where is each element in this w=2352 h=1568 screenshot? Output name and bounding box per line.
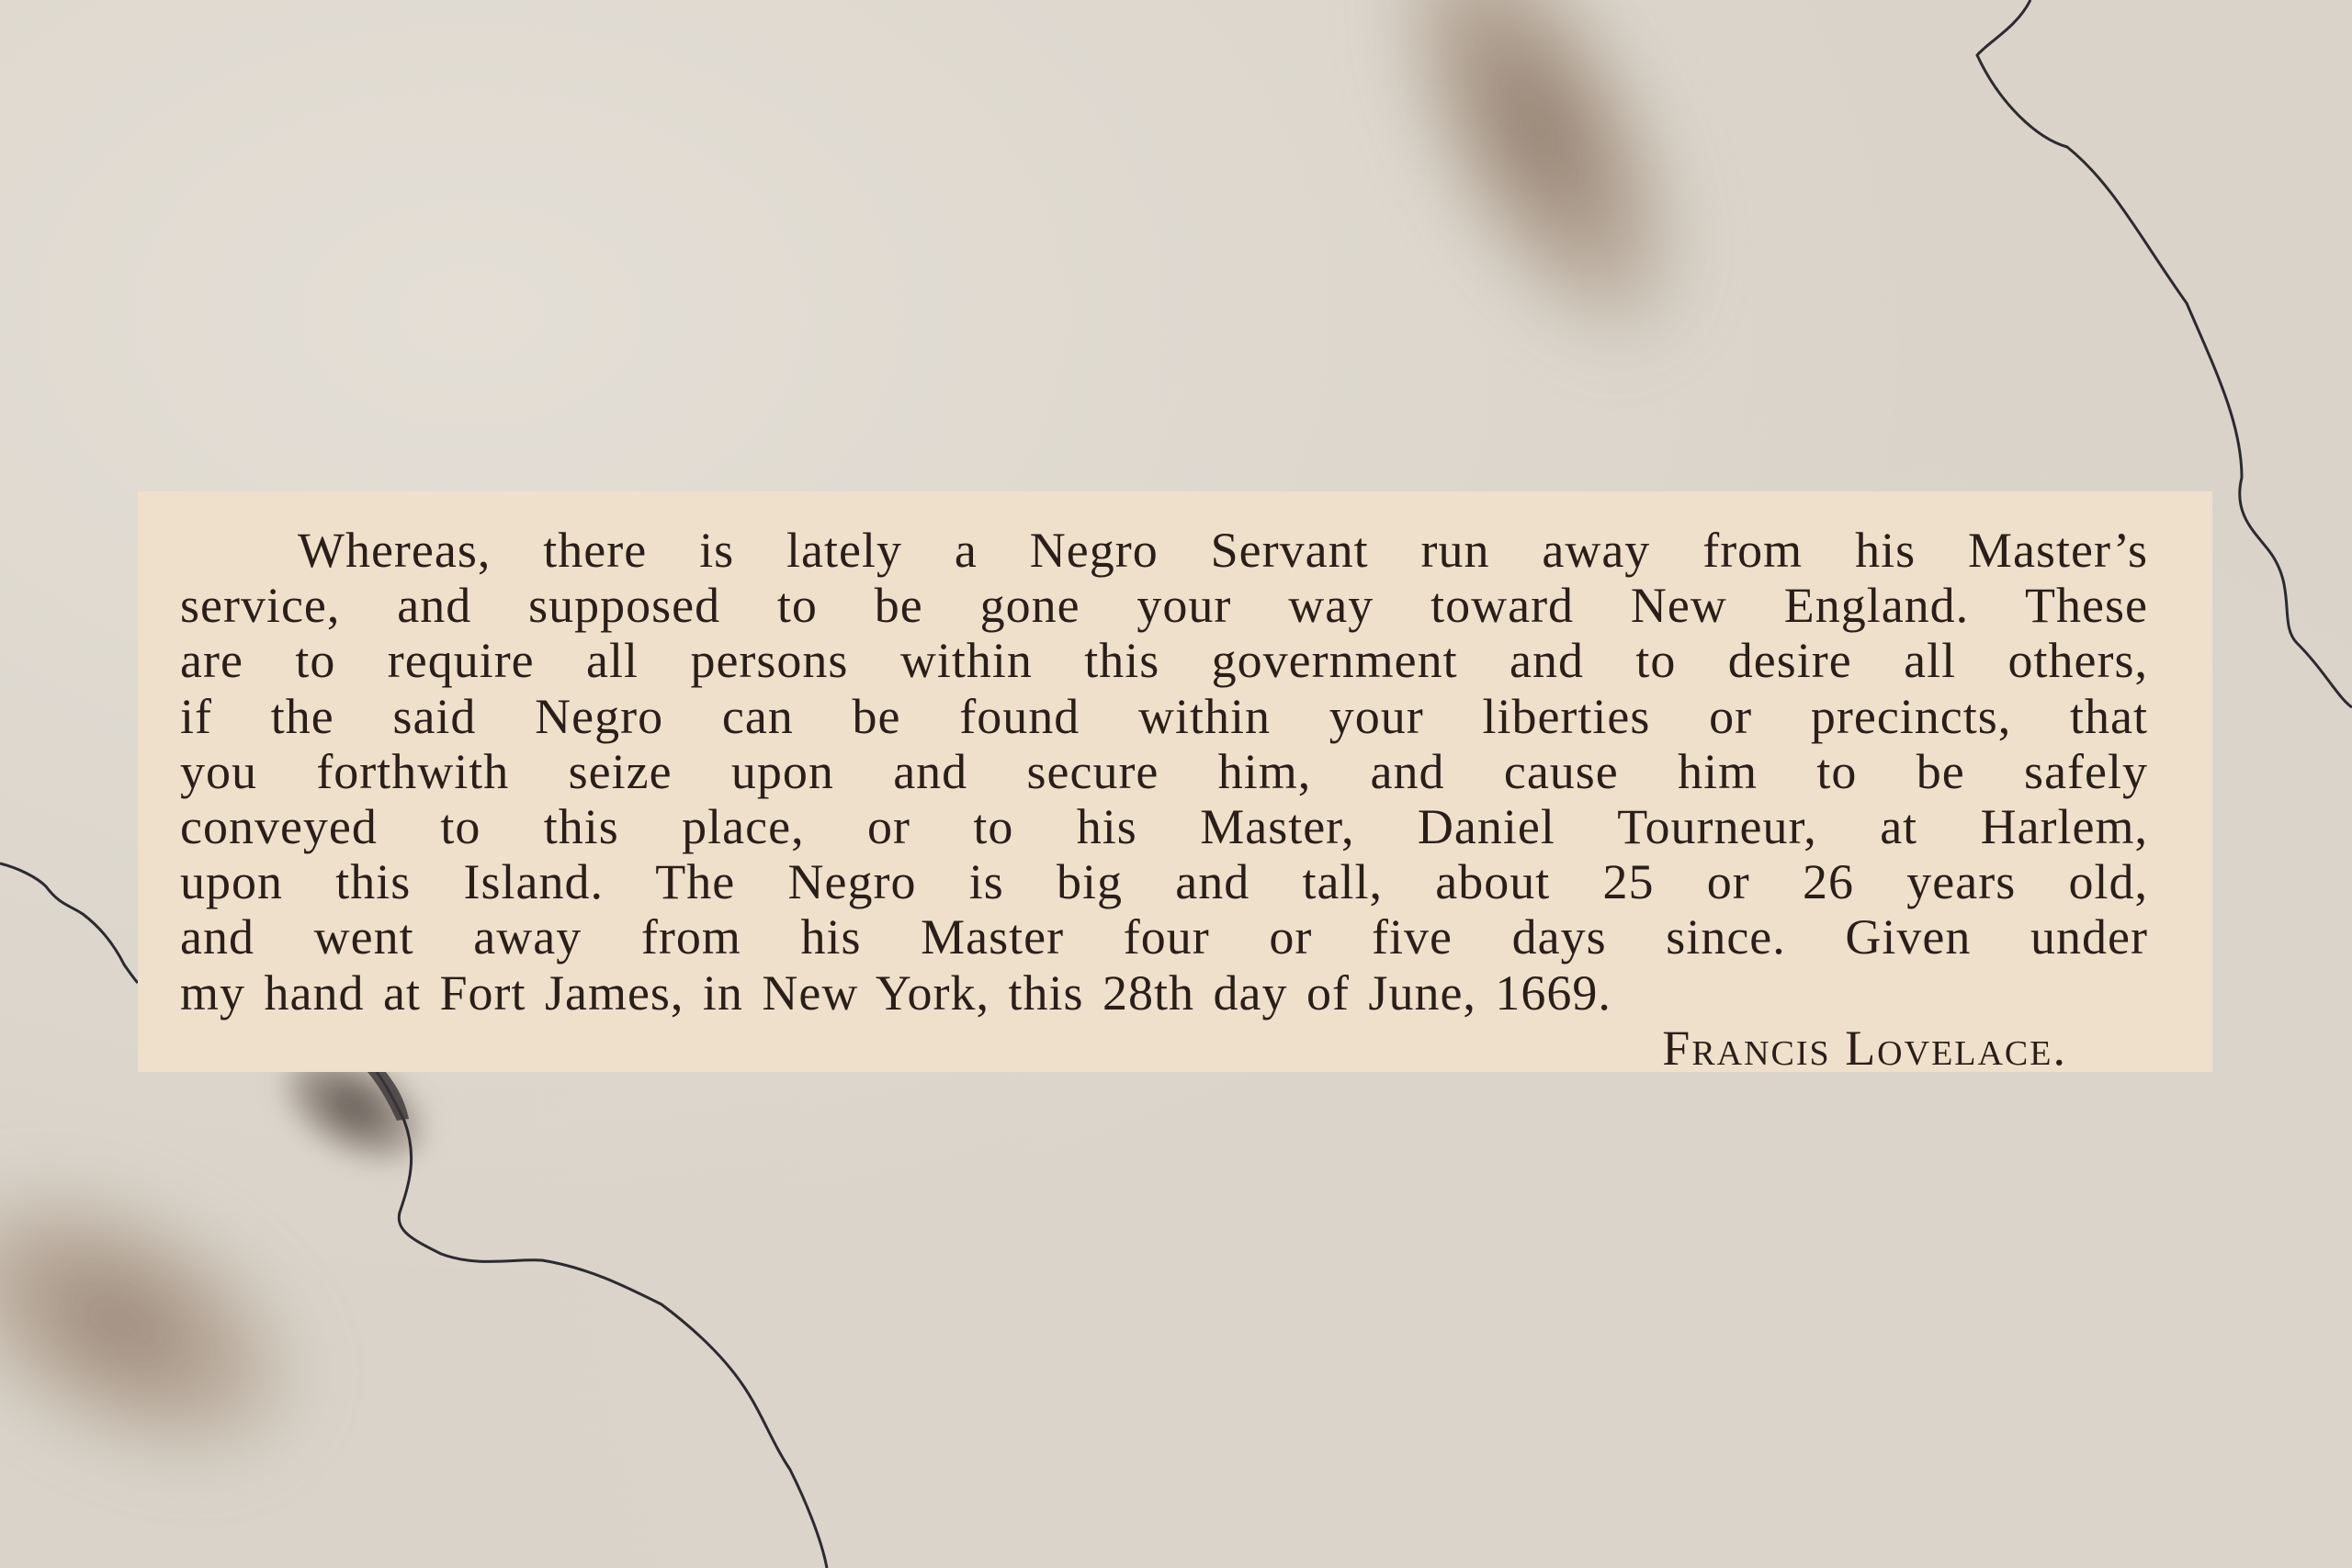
newspaper-clipping: Whereas, there is lately a Negro Servant… [138,491,2212,1072]
signature: Francis Lovelace. [180,1021,2148,1076]
text-line-5: you forthwith seize upon and secure him,… [180,744,2148,799]
text-line-3: are to require all persons within this g… [180,633,2148,688]
text-line-2: service, and supposed to be gone your wa… [180,578,2148,633]
text-line-7: upon this Island. The Negro is big and t… [180,854,2148,909]
text-line-9: my hand at Fort James, in New York, this… [180,965,2148,1021]
text-line-4: if the said Negro can be found within yo… [180,689,2148,744]
text-line-6: conveyed to this place, or to his Master… [180,799,2148,854]
text-line-8: and went away from his Master four or fi… [180,909,2148,964]
proclamation-text: Whereas, there is lately a Negro Servant… [180,523,2148,1021]
text-line-1: Whereas, there is lately a Negro Servant… [180,523,2148,578]
